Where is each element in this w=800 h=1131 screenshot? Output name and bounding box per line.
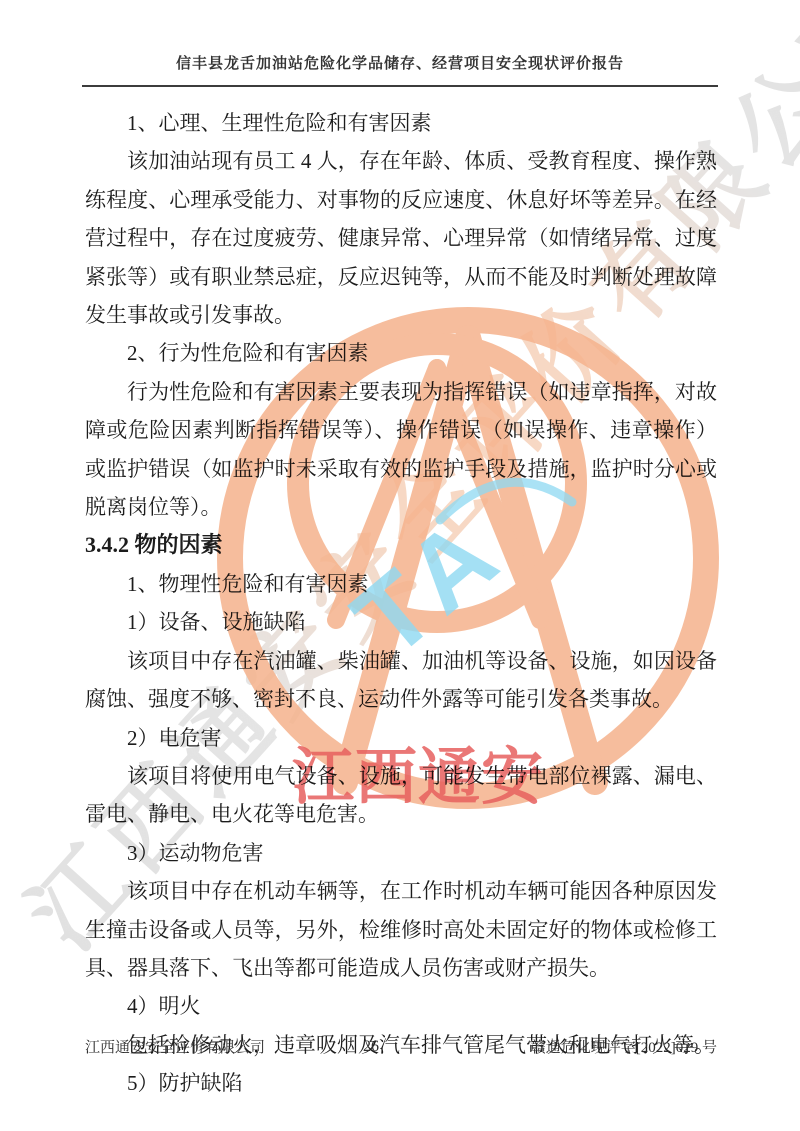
- content-area: 1、心理、生理性危险和有害因素 该加油站现有员工 4 人，存在年龄、体质、受教育…: [85, 104, 717, 1103]
- paragraph: 1、心理、生理性危险和有害因素: [85, 104, 717, 142]
- page-header: 信丰县龙舌加油站危险化学品储存、经营项目安全现状评价报告: [82, 52, 718, 87]
- paragraph: 该项目中存在机动车辆等，在工作时机动车辆可能因各种原因发生撞击设备或人员等，另外…: [85, 872, 717, 987]
- paragraph: 3）运动物危害: [85, 834, 717, 872]
- paragraph: 该加油站现有员工 4 人，存在年龄、体质、受教育程度、操作熟练程度、心理承受能力…: [85, 142, 717, 334]
- paragraph: 1）设备、设施缺陷: [85, 603, 717, 641]
- report-title: 信丰县龙舌加油站危险化学品储存、经营项目安全现状评价报告: [82, 52, 718, 73]
- document-page: 信丰县龙舌加油站危险化学品储存、经营项目安全现状评价报告 1、心理、生理性危险和…: [0, 0, 800, 1131]
- paragraph: 该项目将使用电气设备、设施，可能发生带电部位裸露、漏电、雷电、静电、电火花等电危…: [85, 757, 717, 834]
- page-footer: 江西通安安全评价有限公司 26 赣通危化现评字[2022]029 号: [85, 1036, 717, 1057]
- paragraph: 4）明火: [85, 987, 717, 1025]
- paragraph: 行为性危险和有害因素主要表现为指挥错误（如违章指挥，对故障或危险因素判断指挥错误…: [85, 373, 717, 527]
- paragraph: 该项目中存在汽油罐、柴油罐、加油机等设备、设施，如因设备腐蚀、强度不够、密封不良…: [85, 642, 717, 719]
- section-heading: 3.4.2 物的因素: [85, 526, 717, 564]
- paragraph: 1、物理性危险和有害因素: [85, 565, 717, 603]
- paragraph: 5）防护缺陷: [85, 1064, 717, 1102]
- footer-company-name: 江西通安安全评价有限公司: [85, 1036, 393, 1057]
- footer-doc-number: 赣通危化现评字[2022]029 号: [409, 1036, 717, 1057]
- paragraph: 2）电危害: [85, 719, 717, 757]
- page-number: 26: [363, 1038, 379, 1056]
- paragraph: 2、行为性危险和有害因素: [85, 334, 717, 372]
